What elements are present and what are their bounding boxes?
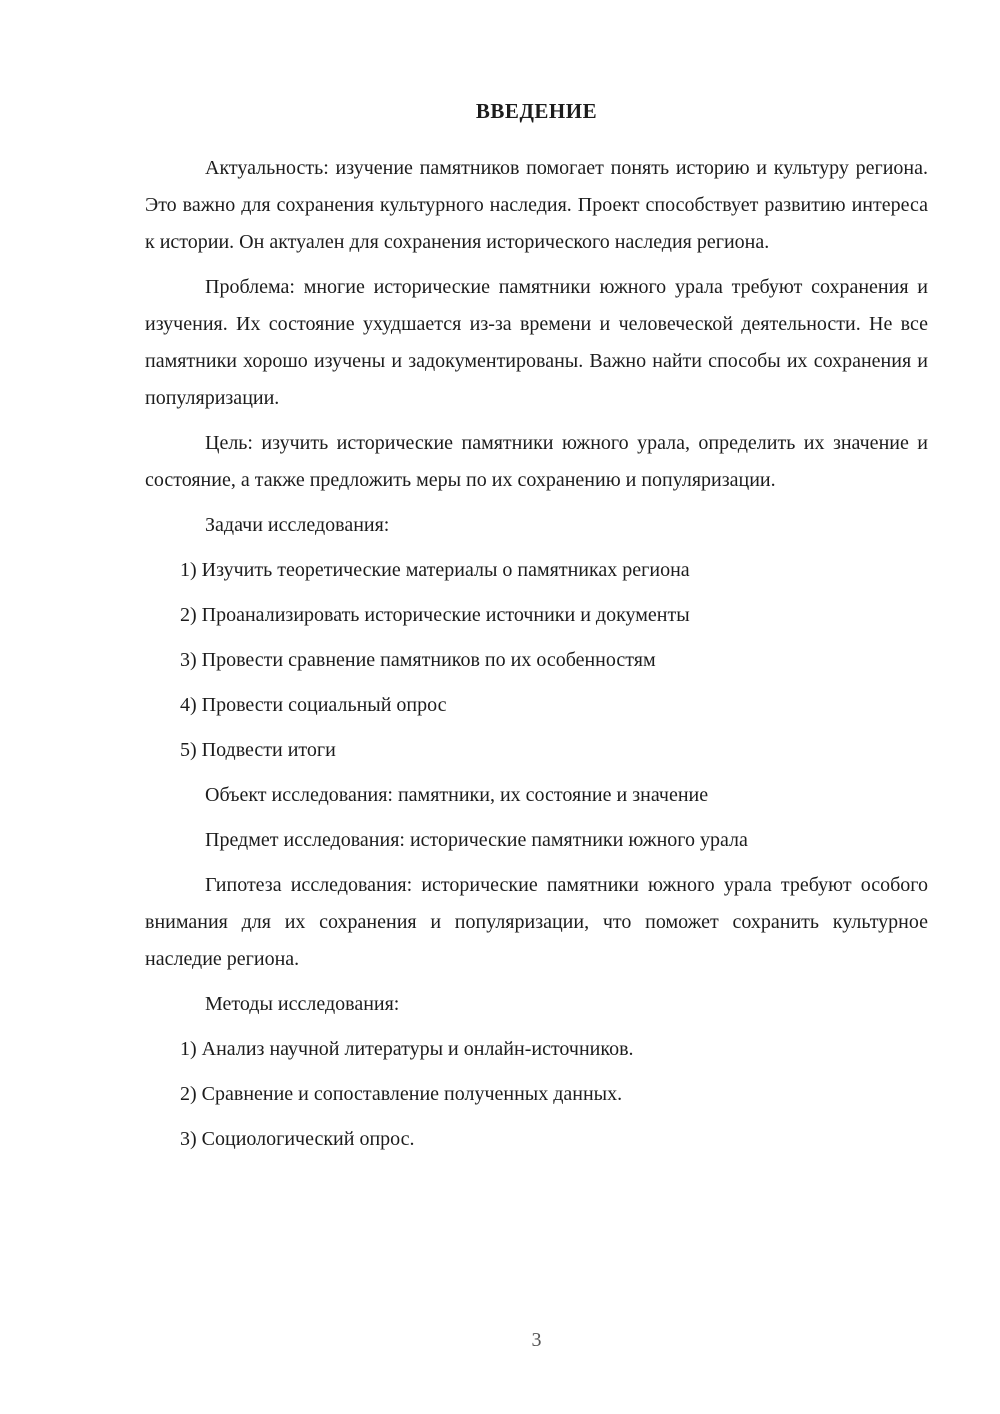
method-item-3: 3) Социологический опрос. [145,1121,928,1158]
task-item-1: 1) Изучить теоретические материалы о пам… [145,552,928,589]
paragraph-hypothesis: Гипотеза исследования: исторические памя… [145,867,928,978]
method-item-2: 2) Сравнение и сопоставление полученных … [145,1076,928,1113]
paragraph-subject: Предмет исследования: исторические памят… [145,822,928,859]
method-item-1: 1) Анализ научной литературы и онлайн-ис… [145,1031,928,1068]
task-item-5: 5) Подвести итоги [145,732,928,769]
page-title: ВВЕДЕНИЕ [145,93,928,130]
tasks-heading: Задачи исследования: [145,507,928,544]
paragraph-relevance: Актуальность: изучение памятников помога… [145,150,928,261]
paragraph-object: Объект исследования: памятники, их состо… [145,777,928,814]
document-body: ВВЕДЕНИЕ Актуальность: изучение памятник… [145,93,928,1166]
document-page: ВВЕДЕНИЕ Актуальность: изучение памятник… [0,0,1000,1414]
task-item-4: 4) Провести социальный опрос [145,687,928,724]
paragraph-goal: Цель: изучить исторические памятники южн… [145,425,928,499]
task-item-3: 3) Провести сравнение памятников по их о… [145,642,928,679]
paragraph-problem: Проблема: многие исторические памятники … [145,269,928,417]
page-number: 3 [145,1326,928,1354]
task-item-2: 2) Проанализировать исторические источни… [145,597,928,634]
methods-heading: Методы исследования: [145,986,928,1023]
